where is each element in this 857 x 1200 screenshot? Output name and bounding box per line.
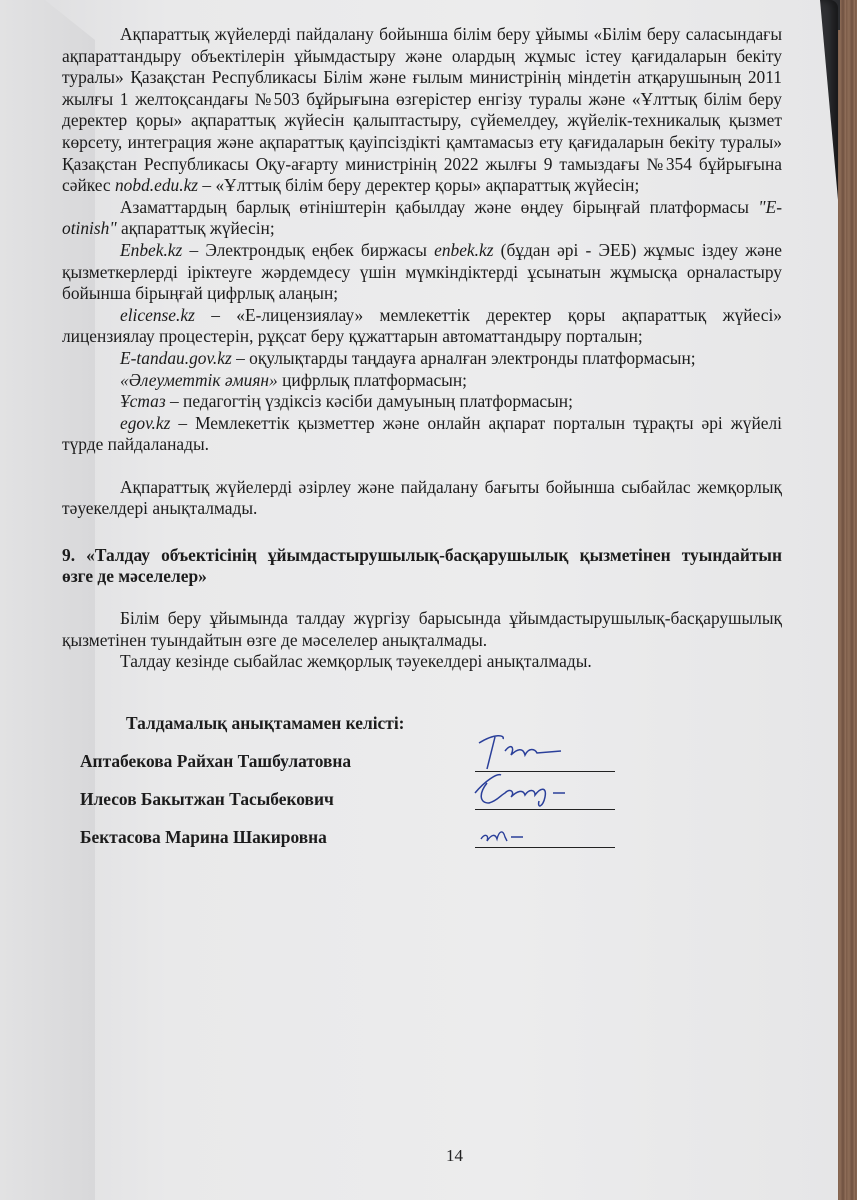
paragraph-no-corruption-risks: Талдау кезінде сыбайлас жемқорлық тәуеке… bbox=[62, 651, 782, 673]
section-heading-9: 9. «Талдау объектісінің ұйымдастырушылық… bbox=[62, 545, 782, 587]
link-ustaz: Ұстаз bbox=[120, 391, 166, 411]
paragraph-social-wallet: «Әлеуметтік әмиян» цифрлық платформасын; bbox=[62, 370, 782, 392]
paragraph-no-risks-is: Ақпараттық жүйелерді әзірлеу және пайдал… bbox=[62, 477, 782, 520]
link-enbek-2: enbek.kz bbox=[434, 240, 493, 260]
link-nobd: nobd.edu.kz bbox=[115, 175, 198, 195]
paragraph-ustaz: Ұстаз – педагогтің үздіксіз кәсіби дамуы… bbox=[62, 391, 782, 413]
paragraph-enbek: Enbek.kz – Электрондық еңбек биржасы enb… bbox=[62, 240, 782, 305]
page-number: 14 bbox=[446, 1146, 463, 1166]
signatory-name: Илесов Бакытжан Тасыбекович bbox=[80, 789, 475, 811]
paragraph-no-other-issues: Білім беру ұйымында талдау жүргізу барыс… bbox=[62, 608, 782, 651]
link-egov: egov.kz bbox=[120, 413, 170, 433]
signatory-name: Бектасова Марина Шакировна bbox=[80, 827, 475, 849]
paragraph-e-otinish: Азаматтардың барлық өтініштерін қабылдау… bbox=[62, 197, 782, 240]
agreed-label: Талдамалық анықтамамен келісті: bbox=[126, 713, 782, 735]
signature-icon bbox=[465, 763, 605, 813]
paragraph-information-systems: Ақпараттық жүйелерді пайдалану бойынша б… bbox=[62, 24, 782, 197]
paragraph-elicense: elicense.kz – «Е-лицензиялау» мемлекетті… bbox=[62, 305, 782, 348]
link-elicense: elicense.kz bbox=[120, 305, 195, 325]
document-body: Ақпараттық жүйелерді пайдалану бойынша б… bbox=[62, 24, 782, 848]
signature-line bbox=[475, 787, 615, 810]
signature-line bbox=[475, 825, 615, 848]
signature-icon bbox=[465, 817, 555, 851]
document-page: Ақпараттық жүйелерді пайдалану бойынша б… bbox=[0, 0, 840, 1200]
link-social-wallet: «Әлеуметтік әмиян» bbox=[120, 370, 278, 390]
signatory-row: Илесов Бакытжан Тасыбекович bbox=[62, 786, 782, 810]
link-enbek: Enbek.kz bbox=[120, 240, 182, 260]
paragraph-egov: egov.kz – Мемлекеттік қызметтер және онл… bbox=[62, 413, 782, 456]
signatory-name: Аптабекова Райхан Ташбулатовна bbox=[80, 751, 475, 773]
paragraph-e-tandau: E-tandau.gov.kz – оқулықтарды таңдауға а… bbox=[62, 348, 782, 370]
signatory-row: Бектасова Марина Шакировна bbox=[62, 824, 782, 848]
link-e-tandau: E-tandau.gov.kz bbox=[120, 348, 232, 368]
signatory-row: Аптабекова Райхан Ташбулатовна bbox=[62, 748, 782, 772]
